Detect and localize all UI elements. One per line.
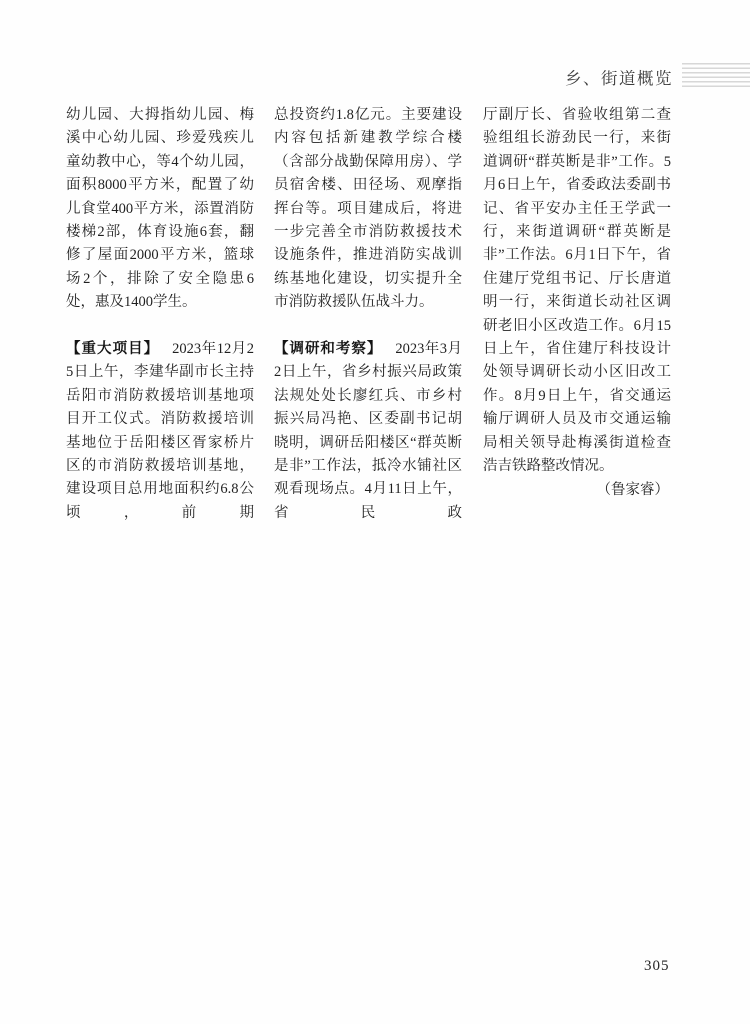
column-2: 总投资约1.8亿元。主要建设内容包括新建教学综合楼（含部分战勤保障用房）、学员宿… — [274, 104, 462, 525]
entry-heading: 【调研和考察】 — [274, 341, 395, 357]
byline: （鲁家睿） — [483, 479, 671, 502]
column-3: 厅副厅长、省验收组第二查验组组长游劲民一行，来街道调研“群英断是非”工作。5月6… — [483, 104, 671, 525]
entry-paragraph-research-inspection: 【调研和考察】2023年3月2日上午，省乡村振兴局政策法规处处长廖红兵、市乡村振… — [274, 338, 462, 525]
entry-paragraph-major-projects: 【重大项目】2023年12月25日上午，李建华副市长主持岳阳市消防救援培训基地项… — [66, 338, 254, 525]
page-number: 305 — [644, 958, 670, 975]
paragraph-continuation: 幼儿园、大拇指幼儿园、梅溪中心幼儿园、珍爱残疾儿童幼教中心，等4个幼儿园，面积8… — [66, 104, 254, 315]
paragraph-continuation: 厅副厅长、省验收组第二查验组组长游劲民一行，来街道调研“群英断是非”工作。5月6… — [483, 104, 671, 479]
article-columns: 幼儿园、大拇指幼儿园、梅溪中心幼儿园、珍爱残疾儿童幼教中心，等4个幼儿园，面积8… — [66, 104, 671, 525]
entry-heading: 【重大项目】 — [66, 341, 172, 357]
paragraph-continuation: 总投资约1.8亿元。主要建设内容包括新建教学综合楼（含部分战勤保障用房）、学员宿… — [274, 104, 462, 315]
section-title: 乡、街道概览 — [565, 65, 673, 89]
yearbook-page: 乡、街道概览 幼儿园、大拇指幼儿园、梅溪中心幼儿园、珍爱残疾儿童幼教中心，等4个… — [0, 0, 750, 1024]
entry-text: 2023年12月25日上午，李建华副市长主持岳阳市消防救援培训基地项目开工仪式。… — [66, 341, 254, 521]
header-stripes-decoration — [682, 63, 750, 90]
column-1: 幼儿园、大拇指幼儿园、梅溪中心幼儿园、珍爱残疾儿童幼教中心，等4个幼儿园，面积8… — [66, 104, 254, 525]
page-header: 乡、街道概览 — [565, 63, 750, 90]
entry-text: 2023年3月2日上午，省乡村振兴局政策法规处处长廖红兵、市乡村振兴局冯艳、区委… — [274, 341, 462, 521]
